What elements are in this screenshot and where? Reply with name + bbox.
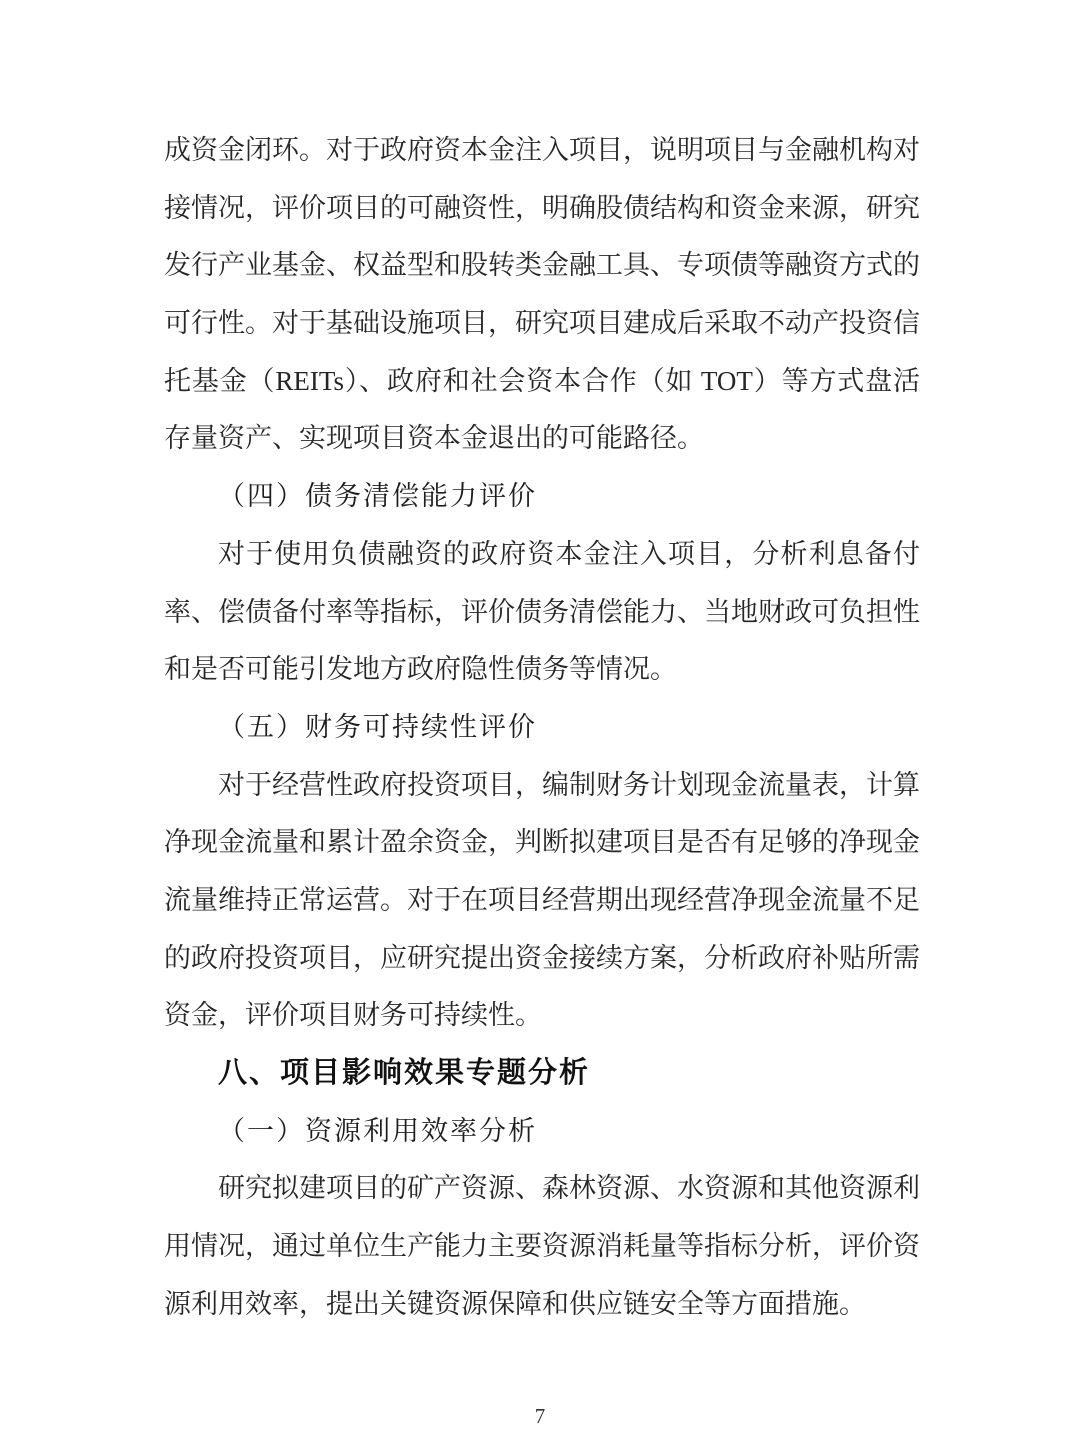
body-text-line: 托基金（REITs）、政府和社会资本合作（如 TOT）等方式盘活 (164, 353, 920, 411)
body-text-line: 对于使用负债融资的政府资本金注入项目，分析利息备付 (164, 526, 920, 584)
body-text-line: 存量资产、实现项目资本金退出的可能路径。 (164, 410, 920, 468)
document-page: 成资金闭环。对于政府资本金注入项目，说明项目与金融机构对 接情况，评价项目的可融… (0, 0, 1080, 1442)
page-number: 7 (0, 1404, 1080, 1429)
text-block: 成资金闭环。对于政府资本金注入项目，说明项目与金融机构对 接情况，评价项目的可融… (164, 122, 920, 1333)
body-text-line: 对于经营性政府投资项目，编制财务计划现金流量表，计算 (164, 757, 920, 815)
body-text-line: 成资金闭环。对于政府资本金注入项目，说明项目与金融机构对 (164, 122, 920, 180)
body-text-line: 资金，评价项目财务可持续性。 (164, 987, 920, 1045)
body-text-line: 净现金流量和累计盈余资金，判断拟建项目是否有足够的净现金 (164, 814, 920, 872)
body-text-line: 发行产业基金、权益型和股转类金融工具、专项债等融资方式的 (164, 237, 920, 295)
section-subheading: （四）债务清偿能力评价 (164, 468, 920, 526)
section-subheading: （一）资源利用效率分析 (164, 1103, 920, 1161)
body-text-line: 率、偿债备付率等指标，评价债务清偿能力、当地财政可负担性 (164, 584, 920, 642)
body-text-line: 接情况，评价项目的可融资性，明确股债结构和资金来源，研究 (164, 180, 920, 238)
body-text-line: 的政府投资项目，应研究提出资金接续方案，分析政府补贴所需 (164, 930, 920, 988)
body-text-line: 可行性。对于基础设施项目，研究项目建成后采取不动产投资信 (164, 295, 920, 353)
section-subheading: （五）财务可持续性评价 (164, 699, 920, 757)
body-text-line: 研究拟建项目的矿产资源、森林资源、水资源和其他资源利 (164, 1160, 920, 1218)
chapter-heading: 八、项目影响效果专题分析 (164, 1045, 920, 1103)
body-text-line: 流量维持正常运营。对于在项目经营期出现经营净现金流量不足 (164, 872, 920, 930)
body-text-line: 源利用效率，提出关键资源保障和供应链安全等方面措施。 (164, 1276, 920, 1334)
body-text-line: 用情况，通过单位生产能力主要资源消耗量等指标分析，评价资 (164, 1218, 920, 1276)
body-text-line: 和是否可能引发地方政府隐性债务等情况。 (164, 641, 920, 699)
